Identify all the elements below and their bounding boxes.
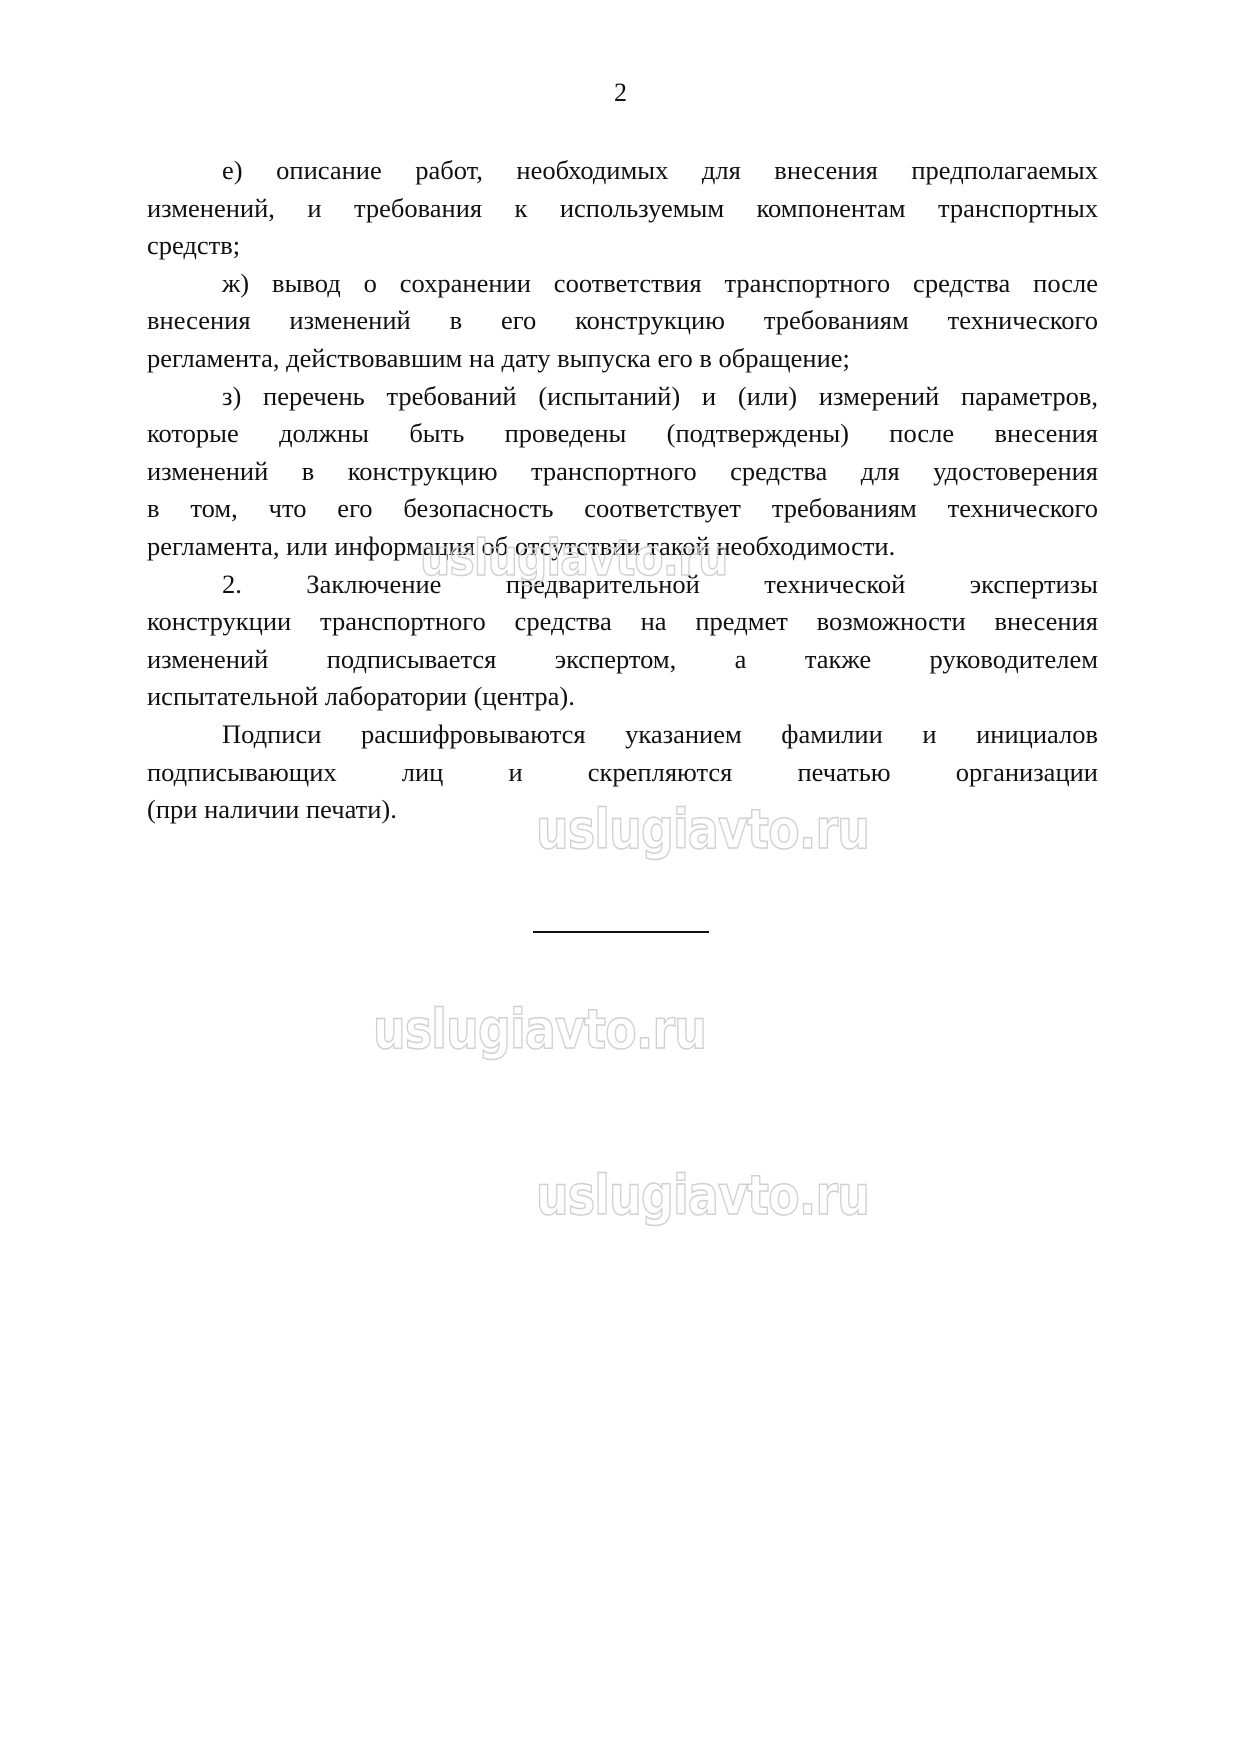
document-page: 2 е) описание работ, необходимых для вне… <box>0 0 1241 1755</box>
text-line: в том, что его безопасность соответствуе… <box>147 490 1098 528</box>
watermark: uslugiavto.ru <box>420 528 728 588</box>
text-line: подписывающих лиц и скрепляются печатью … <box>147 754 1098 792</box>
text-line: средств; <box>147 227 1098 265</box>
text-line: ж) вывод о сохранении соответствия транс… <box>147 265 1098 303</box>
watermark: uslugiavto.ru <box>373 1000 706 1060</box>
text-line: изменений, и требования к используемым к… <box>147 190 1098 228</box>
text-line: конструкции транспортного средства на пр… <box>147 603 1098 641</box>
text-line: регламента, действовавшим на дату выпуск… <box>147 340 1098 378</box>
text-line: е) описание работ, необходимых для внесе… <box>147 152 1098 190</box>
watermark: uslugiavto.ru <box>536 1166 869 1226</box>
list-item-zh: ж) вывод о сохранении соответствия транс… <box>147 265 1098 378</box>
text-line: испытательной лаборатории (центра). <box>147 678 1098 716</box>
text-line: Подписи расшифровываются указанием фамил… <box>147 716 1098 754</box>
end-separator-line <box>533 931 709 933</box>
text-line: изменений подписывается экспертом, а так… <box>147 641 1098 679</box>
document-body: е) описание работ, необходимых для внесе… <box>147 152 1098 829</box>
text-line: которые должны быть проведены (подтвержд… <box>147 415 1098 453</box>
page-number: 2 <box>0 78 1241 108</box>
section-2-paragraph: 2. Заключение предварительной техническо… <box>147 566 1098 716</box>
text-line: изменений в конструкцию транспортного ср… <box>147 453 1098 491</box>
watermark: uslugiavto.ru <box>536 800 869 860</box>
list-item-e: е) описание работ, необходимых для внесе… <box>147 152 1098 265</box>
text-line: внесения изменений в его конструкцию тре… <box>147 302 1098 340</box>
text-line: з) перечень требований (испытаний) и (ил… <box>147 378 1098 416</box>
